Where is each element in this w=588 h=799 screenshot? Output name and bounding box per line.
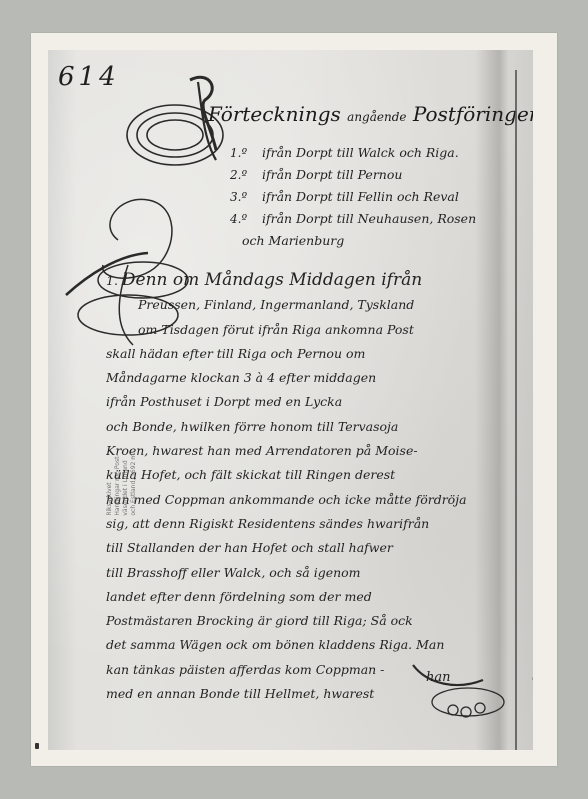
corner-mark (35, 743, 39, 749)
body-line: skall hädan efter till Riga och Pernou o… (106, 342, 511, 366)
margin-rule (515, 70, 517, 750)
photo-mount: 614 Förtecknings angående Postföringen 1… (31, 33, 557, 766)
archive-stamp-line: väsendet i Liffland (122, 460, 129, 515)
margin-mark: a (532, 670, 533, 685)
body-line: han med Coppman ankommande och icke mått… (106, 488, 511, 512)
route-text: ifrån Dorpt till Neuhausen, Rosen (262, 211, 476, 226)
signature: han (426, 670, 451, 685)
route-item: 2.º ifrån Dorpt till Pernou (230, 164, 530, 186)
route-text: ifrån Dorpt till Walck och Riga. (262, 145, 459, 160)
archive-stamp: Riksarkivet Handlingar rör. Post- väsend… (106, 452, 138, 516)
body-line: och Bonde, hwilken förre honom till Terv… (106, 415, 511, 439)
body-line: landet efter denn fördelning som der med (106, 585, 511, 609)
title-connector: angående (347, 110, 406, 124)
route-item: 3.º ifrån Dorpt till Fellin och Reval (230, 186, 530, 208)
body-line: till Stallanden der han Hofet och stall … (106, 536, 511, 560)
archive-stamp-line: och Estland, 1692 m. (130, 452, 137, 516)
document-scan: 614 Förtecknings angående Postföringen 1… (48, 50, 533, 750)
body-line: det samma Wägen ock om bönen kladdens Ri… (106, 633, 511, 657)
body-line: om Tisdagen förut ifrån Riga ankomna Pos… (106, 318, 511, 342)
body-line: 1. Denn om Måndags Middagen ifrån (106, 268, 511, 293)
body-line: Kroen, hwarest han med Arrendatoren på M… (106, 439, 511, 463)
route-number: 1.º (230, 142, 258, 164)
signature-flourish-icon (408, 660, 508, 720)
body-line: Måndagarne klockan 3 à 4 efter middagen (106, 366, 511, 390)
route-list: 1.º ifrån Dorpt till Walck och Riga. 2.º… (230, 142, 530, 252)
route-number: 4.º (230, 208, 258, 230)
body-line: Postmästaren Brocking är giord till Riga… (106, 609, 511, 633)
route-item-continuation: och Marienburg (230, 230, 530, 252)
route-text: ifrån Dorpt till Fellin och Reval (262, 189, 459, 204)
document-title: Förtecknings angående Postföringen (208, 102, 533, 126)
body-line: ifrån Posthuset i Dorpt med en Lycka (106, 390, 511, 414)
archive-stamp-line: Riksarkivet (106, 482, 113, 515)
route-number: 2.º (230, 164, 258, 186)
archive-stamp-line: Handlingar rör. Post- (114, 454, 121, 515)
body-line-text: Denn om Måndags Middagen ifrån (122, 270, 422, 290)
page-number: 614 (58, 62, 120, 92)
route-text: ifrån Dorpt till Pernou (262, 167, 402, 182)
item-number: 1. (106, 273, 118, 288)
body-line: Preussen, Finland, Ingermanland, Tysklan… (106, 293, 511, 317)
route-number: 3.º (230, 186, 258, 208)
route-text: och Marienburg (242, 233, 344, 248)
title-main: Förtecknings (208, 102, 341, 126)
body-line: sig, att denn Rigiskt Residentens sändes… (106, 512, 511, 536)
route-item: 4.º ifrån Dorpt till Neuhausen, Rosen (230, 208, 530, 230)
route-item: 1.º ifrån Dorpt till Walck och Riga. (230, 142, 530, 164)
document-body: 1. Denn om Måndags Middagen ifrån Preuss… (106, 268, 511, 706)
body-line: külla Hofet, och fält skickat till Ringe… (106, 463, 511, 487)
body-line: till Brasshoff eller Walck, och så igeno… (106, 561, 511, 585)
